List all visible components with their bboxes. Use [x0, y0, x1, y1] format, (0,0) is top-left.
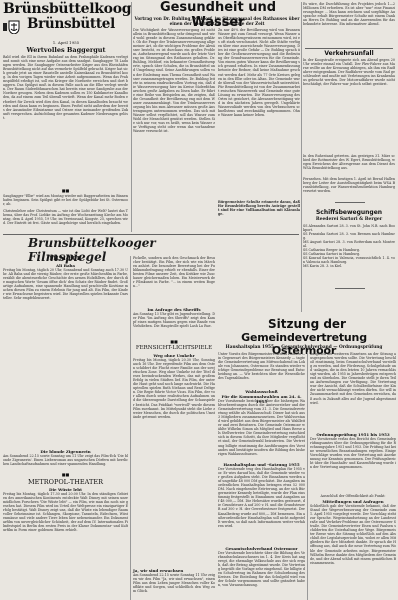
ship-item: SS Franziska Sartori 28. 3. von Bremen n…: [303, 232, 395, 240]
ordnung-body: Der Vorsitzende verlas den Bericht des G…: [310, 437, 396, 495]
ferry-body: Saugbagger "Elbe" wird am Montag wieder …: [3, 194, 128, 208]
ruhestand-note: In den Ruhestand getreten. Am gestrigen …: [303, 154, 395, 176]
ostermoor-subhead: Haushaltsplan 1955 — Gesamtschulverband …: [210, 345, 398, 350]
jugend-body: Am Sonntag 13 Uhr gibt es Jugendvorstell…: [133, 312, 215, 338]
metropol-headline: METROPOL-THEATER: [3, 478, 128, 486]
filmspiegel-col2-intro: Pickelle, sondern auch den Geschmack der…: [133, 256, 215, 306]
section-rule: [335, 288, 365, 289]
column-divider: [301, 2, 302, 312]
verkehrsunfall-body: In der Koogstraße ereignete sich am Aben…: [303, 58, 395, 154]
filmeck-headline: FILM-ECK: [3, 256, 128, 262]
filmeck-movie1-body: Freitag bis Montag, täglich 20 Uhr, Sonn…: [3, 268, 128, 450]
ostermoor-intro: Unter Vorsitz des Bürgermeisters Arnold …: [218, 352, 305, 386]
section-rule: [335, 202, 365, 203]
anchor-crest-icon: [3, 19, 13, 29]
section-rule: [3, 234, 299, 235]
column-divider: [130, 256, 131, 600]
ship-item: SS Alexandra Sartori 28. 3. von St. John…: [303, 224, 395, 232]
gesundheit-body-col1: Die Wichtigkeit der Wasserversorgung ist…: [133, 28, 215, 228]
ship-item: MS August Sartori 28. 3. von Rotterdam n…: [303, 240, 395, 248]
separator-mark: ■■: [3, 472, 128, 477]
ostermoor-col2-top: ausgleich der weiteren Einsetzen an der …: [310, 352, 396, 426]
haushalt-body: Der Vorsitzende trug den Haushaltsplan f…: [218, 467, 305, 537]
separator-mark: ■■: [3, 188, 128, 193]
schiffsbewegungen-headline: Schiffsbewegungen: [303, 209, 395, 216]
schul-body: Der Vorsitzende berichtete über die Bild…: [218, 551, 305, 598]
fernsicht-headline: FERNSICHT-LICHTSPIELE: [133, 345, 215, 351]
masthead-title-line1: Brünsbüttelkoog: [3, 2, 131, 17]
gesundheit-footnote: Bürgermeister Schultz erinnerte daran, d…: [218, 200, 300, 224]
versetzung-note: Fernsehen. Mit dem heutigen 1. April ist…: [303, 177, 395, 195]
kinder-body: Am Sonnabend 22.15 sowie Sonntag 11 Uhr …: [133, 573, 215, 598]
masthead-title-line2: Brünsbüttel: [27, 17, 115, 32]
schiffsbewegungen-subhead: Reederei Sartori & Berger: [303, 217, 395, 222]
masthead-line2: Brünsbüttel: [3, 17, 131, 33]
issue-date: 1. April 1955: [3, 40, 129, 45]
metropol-movie1-body: Freitag bis Montag, täglich 17.30 und 20…: [3, 492, 128, 598]
baggergut-headline: Wertvolles Baggergut: [3, 46, 129, 54]
gesundheit-body-col2: Zu nur 40% der Bevölkerung wird von Brun…: [218, 28, 300, 200]
filmeck-movie2-body: Am Sonnabend 22.15 sowie Sonntag um 11 U…: [3, 454, 128, 471]
gesundheit-top-right: Es wäre, die Durchführung des Projektes …: [303, 2, 395, 46]
mitteilungen-body: Schließlich gab der Vorsitzende bekannt,…: [310, 504, 396, 598]
ship-item: SS Konrad Sartori in Valencia, voraussic…: [303, 256, 395, 264]
column-divider: [307, 352, 308, 600]
separator-mark: ■■: [133, 339, 215, 344]
baggergut-body: Bald wird die Ell in ihrem Bahnlauf an d…: [3, 55, 128, 187]
ship-list: SS Alexandra Sartori 28. 3. von St. John…: [303, 224, 395, 268]
verkehrsunfall-headline: Verkehrsunfall: [303, 50, 395, 57]
christenlehre-body: Christenlehre oder Christentum — wie ist…: [3, 209, 128, 234]
wahl-body: Der Vorsitzende berichtete über die bish…: [218, 399, 305, 459]
ostermoor-headline-line1: Sitzung der: [218, 318, 396, 331]
ship-item: MS Karin 28. 3. in Kiel.: [303, 264, 395, 268]
column-divider: [131, 2, 132, 232]
section-rule: [305, 48, 393, 49]
gesundheit-subhead: Vortrag von Dr. Buhling, Meldorf, im Sit…: [133, 16, 301, 26]
fernsicht-body: Freitag bis Montag, täglich 20.30 Uhr, S…: [133, 358, 215, 556]
